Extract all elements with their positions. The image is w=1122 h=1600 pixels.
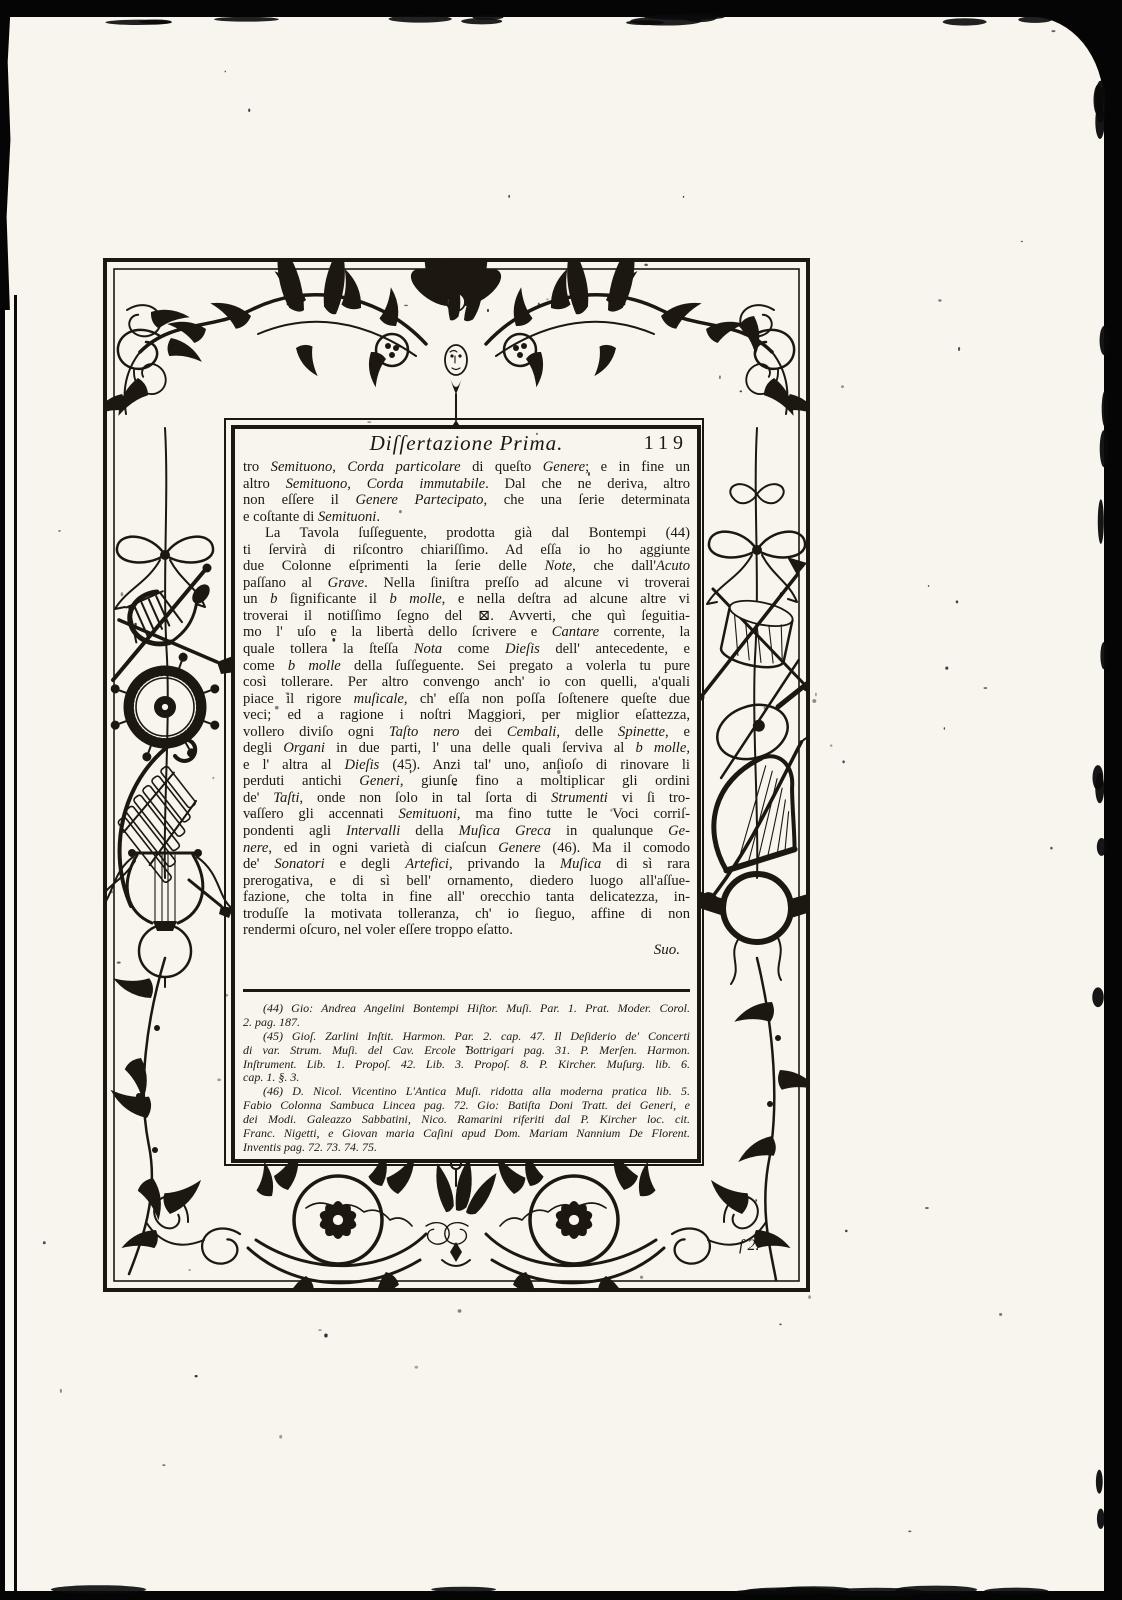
- scanned-book-page: f 2. Diſſertazione Prima. 119 tro Semitu…: [0, 0, 1122, 1600]
- scan-noise-overlay: [0, 0, 1122, 1600]
